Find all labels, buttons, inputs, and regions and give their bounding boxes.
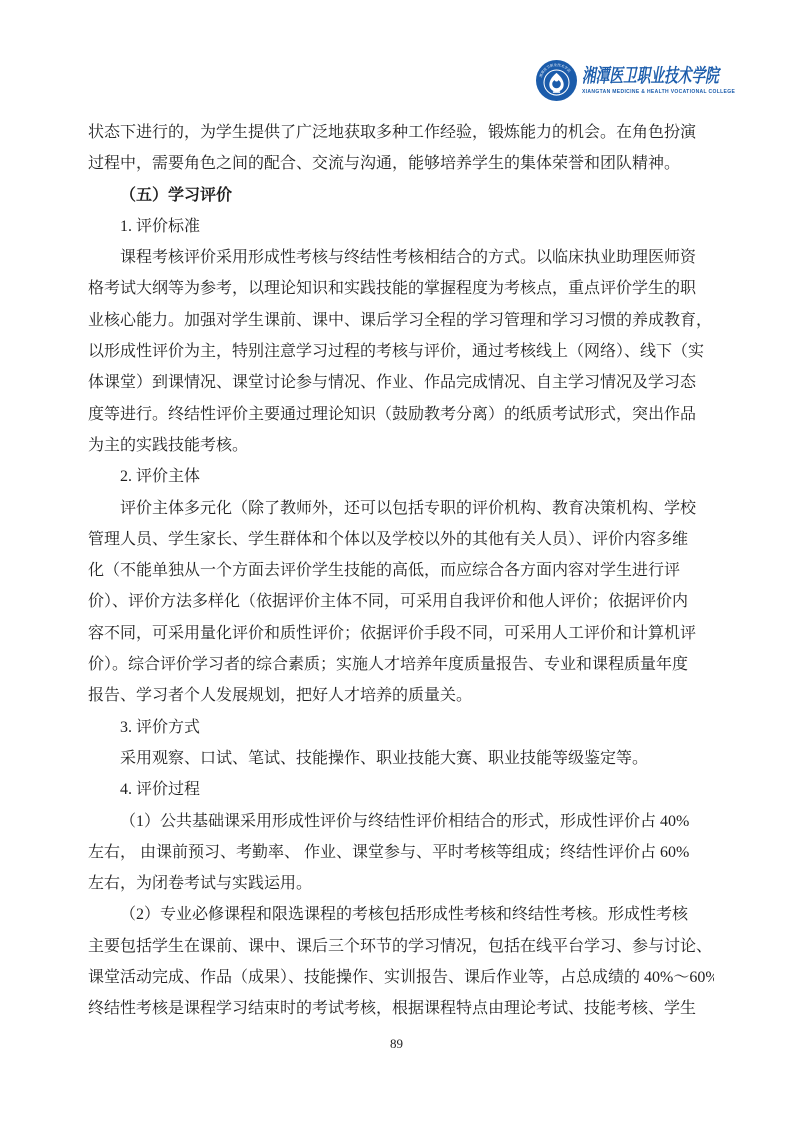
document-body: 状态下进行的，为学生提供了广泛地获取多种工作经验，锻炼能力的机会。在角色扮演过程… xyxy=(88,117,714,1025)
college-name-en: XIANGTAN MEDICINE & HEALTH VOCATIONAL CO… xyxy=(582,89,772,96)
text-line: 左右，为闭卷考试与实践运用。 xyxy=(88,868,714,899)
text-line: 评价主体多元化（除了教师外，还可以包括专职的评价机构、教育决策机构、学校 xyxy=(88,493,714,524)
text-line: 容不同，可采用量化评价和质性评价；依据评价手段不同，可采用人工评价和计算机评 xyxy=(88,618,714,649)
text-line: 管理人员、学生家长、学生群体和个体以及学校以外的其他有关人员）、评价内容多维 xyxy=(88,524,714,555)
text-line: 课堂活动完成、作品（成果）、技能操作、实训报告、课后作业等，占总成绩的 40%～… xyxy=(88,962,714,993)
text-line: 价）、评价方法多样化（依据评价主体不同，可采用自我评价和他人评价；依据评价内 xyxy=(88,586,714,617)
header-logo: 湘潭医卫职业技术学院 湘潭医卫职业技术学院 XIANGTAN MEDICINE … xyxy=(536,60,772,101)
text-line: 左右， 由课前预习、考勤率、 作业、课堂参与、平时考核等组成；终结性评价占 60… xyxy=(88,837,714,868)
text-line: 3. 评价方式 xyxy=(88,712,714,743)
text-line: 主要包括学生在课前、课中、课后三个环节的学习情况，包括在线平台学习、参与讨论、 xyxy=(88,931,714,962)
text-line: 课程考核评价采用形成性考核与终结性考核相结合的方式。以临床执业助理医师资 xyxy=(88,242,714,273)
text-line: 报告、学习者个人发展规划，把好人才培养的质量关。 xyxy=(88,680,714,711)
text-line: 业核心能力。加强对学生课前、课中、课后学习全程的学习管理和学习习惯的养成教育， xyxy=(88,305,714,336)
text-line: 为主的实践技能考核。 xyxy=(88,430,714,461)
text-line: 2. 评价主体 xyxy=(88,461,714,492)
text-line: 终结性考核是课程学习结束时的考试考核，根据课程特点由理论考试、技能考核、学生 xyxy=(88,993,714,1024)
logo-text: 湘潭医卫职业技术学院 XIANGTAN MEDICINE & HEALTH VO… xyxy=(582,66,772,96)
college-name-zh: 湘潭医卫职业技术学院 xyxy=(582,66,719,88)
college-seal-icon: 湘潭医卫职业技术学院 xyxy=(536,60,577,101)
text-line: 化（不能单独从一个方面去评价学生技能的高低，而应综合各方面内容对学生进行评 xyxy=(88,555,714,586)
text-line: （五）学习评价 xyxy=(88,180,714,211)
text-line: 状态下进行的，为学生提供了广泛地获取多种工作经验，锻炼能力的机会。在角色扮演 xyxy=(88,117,714,148)
text-line: （2）专业必修课程和限选课程的考核包括形成性考核和终结性考核。形成性考核 xyxy=(88,899,714,930)
text-line: （1）公共基础课采用形成性评价与终结性评价相结合的形式，形成性评价占 40% xyxy=(88,806,714,837)
text-line: 过程中，需要角色之间的配合、交流与沟通，能够培养学生的集体荣誉和团队精神。 xyxy=(88,148,714,179)
page: { "header": { "logo": { "name_zh": "湘潭医卫… xyxy=(0,0,793,1122)
text-line: 度等进行。终结性评价主要通过理论知识（鼓励教考分离）的纸质考试形式，突出作品 xyxy=(88,399,714,430)
text-line: 以形成性评价为主，特别注意学习过程的考核与评价，通过考核线上（网络）、线下（实 xyxy=(88,336,714,367)
text-line: 采用观察、口试、笔试、技能操作、职业技能大赛、职业技能等级鉴定等。 xyxy=(88,743,714,774)
text-line: 格考试大纲等为参考，以理论知识和实践技能的掌握程度为考核点，重点评价学生的职 xyxy=(88,273,714,304)
page-number: 89 xyxy=(0,1036,793,1052)
text-line: 价）。综合评价学习者的综合素质；实施人才培养年度质量报告、专业和课程质量年度 xyxy=(88,649,714,680)
text-line: 4. 评价过程 xyxy=(88,774,714,805)
text-line: 体课堂）到课情况、课堂讨论参与情况、作业、作品完成情况、自主学习情况及学习态 xyxy=(88,367,714,398)
text-line: 1. 评价标准 xyxy=(88,211,714,242)
